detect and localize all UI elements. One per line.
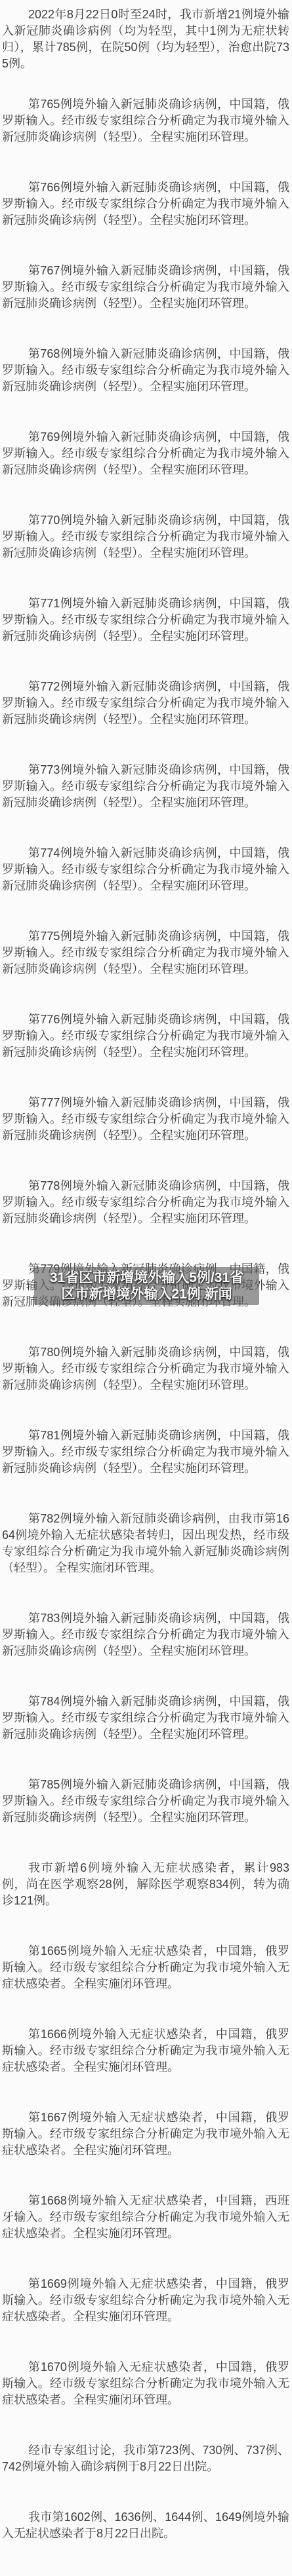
- case-774: 第774例境外输入新冠肺炎确诊病例，中国籍，俄罗斯输入。经市级专家组综合分析确定…: [2, 845, 289, 894]
- discharge-asymptomatic: 我市第1602例、1636例、1644例、1649例境外输入无症状感染者于8月2…: [2, 2509, 289, 2542]
- case-772: 第772例境外输入新冠肺炎确诊病例，中国籍，俄罗斯输入。经市级专家组综合分析确定…: [2, 679, 289, 728]
- case-769: 第769例境外输入新冠肺炎确诊病例，中国籍，俄罗斯输入。经市级专家组综合分析确定…: [2, 429, 289, 478]
- case-783: 第783例境外输入新冠肺炎确诊病例，中国籍，俄罗斯输入。经市级专家组综合分析确定…: [2, 1610, 289, 1659]
- case-785: 第785例境外输入新冠肺炎确诊病例，中国籍，俄罗斯输入。经市级专家组综合分析确定…: [2, 1777, 289, 1826]
- intro-paragraph: 2022年8月22日0时至24时，我市新增21例境外输入新冠肺炎确诊病例（均为轻…: [2, 7, 289, 72]
- case-775: 第775例境外输入新冠肺炎确诊病例，中国籍，俄罗斯输入。经市级专家组综合分析确定…: [2, 928, 289, 977]
- case-782: 第782例境外输入新冠肺炎确诊病例，由我市第1664例境外输入无症状感染者转归，…: [2, 1511, 289, 1576]
- case-778: 第778例境外输入新冠肺炎确诊病例，中国籍，俄罗斯输入。经市级专家组综合分析确定…: [2, 1178, 289, 1227]
- case-784: 第784例境外输入新冠肺炎确诊病例，中国籍，俄罗斯输入。经市级专家组综合分析确定…: [2, 1694, 289, 1743]
- case-765: 第765例境外输入新冠肺炎确诊病例，中国籍，俄罗斯输入。经市级专家组综合分析确定…: [2, 96, 289, 145]
- asymptomatic-summary: 我市新增6例境外输入无症状感染者，累计983例，尚在医学观察28例，解除医学观察…: [2, 1860, 289, 1909]
- discharge-confirmed: 经市专家组讨论，我市第723例、730例、737例、742例境外输入确诊病例于8…: [2, 2442, 289, 2475]
- asym-case-1668: 第1668例境外输入无症状感染者，中国籍，西班牙输入。经市级专家组综合分析确定为…: [2, 2193, 289, 2242]
- case-780: 第780例境外输入新冠肺炎确诊病例，中国籍，俄罗斯输入。经市级专家组综合分析确定…: [2, 1344, 289, 1393]
- asym-case-1665: 第1665例境外输入无症状感染者，中国籍，俄罗斯输入。经市级专家组综合分析确定为…: [2, 1943, 289, 1992]
- asym-case-1667: 第1667例境外输入无症状感染者，中国籍，俄罗斯输入。经市级专家组综合分析确定为…: [2, 2110, 289, 2159]
- case-776: 第776例境外输入新冠肺炎确诊病例，中国籍，俄罗斯输入。经市级专家组综合分析确定…: [2, 1012, 289, 1061]
- asym-case-1670: 第1670例境外输入无症状感染者，中国籍，俄罗斯输入。经市级专家组综合分析确定为…: [2, 2359, 289, 2408]
- asym-case-1666: 第1666例境外输入无症状感染者，中国籍，俄罗斯输入。经市级专家组综合分析确定为…: [2, 2026, 289, 2075]
- article-screenshot: 2022年8月22日0时至24时，我市新增21例境外输入新冠肺炎确诊病例（均为轻…: [0, 0, 292, 2576]
- video-title-overlay: 31省区市新增境外输入5例/31省 区市新增境外输入21例 新闻: [34, 1267, 259, 1305]
- case-768: 第768例境外输入新冠肺炎确诊病例，中国籍，俄罗斯输入。经市级专家组综合分析确定…: [2, 346, 289, 395]
- asym-case-1669: 第1669例境外输入无症状感染者，中国籍，俄罗斯输入。经市级专家组综合分析确定为…: [2, 2276, 289, 2325]
- case-781: 第781例境外输入新冠肺炎确诊病例，中国籍，俄罗斯输入。经市级专家组综合分析确定…: [2, 1428, 289, 1477]
- case-767: 第767例境外输入新冠肺炎确诊病例，中国籍，俄罗斯输入。经市级专家组综合分析确定…: [2, 263, 289, 312]
- video-title-line-2: 区市新增境外输入21例 新闻: [61, 1286, 232, 1302]
- case-771: 第771例境外输入新冠肺炎确诊病例，中国籍，俄罗斯输入。经市级专家组综合分析确定…: [2, 596, 289, 645]
- case-766: 第766例境外输入新冠肺炎确诊病例，中国籍，俄罗斯输入。经市级专家组综合分析确定…: [2, 180, 289, 229]
- case-773: 第773例境外输入新冠肺炎确诊病例，中国籍，俄罗斯输入。经市级专家组综合分析确定…: [2, 762, 289, 811]
- case-777: 第777例境外输入新冠肺炎确诊病例，中国籍，俄罗斯输入。经市级专家组综合分析确定…: [2, 1095, 289, 1144]
- case-770: 第770例境外输入新冠肺炎确诊病例，中国籍，俄罗斯输入。经市级专家组综合分析确定…: [2, 512, 289, 561]
- video-title-line-1: 31省区市新增境外输入5例/31省: [50, 1270, 243, 1286]
